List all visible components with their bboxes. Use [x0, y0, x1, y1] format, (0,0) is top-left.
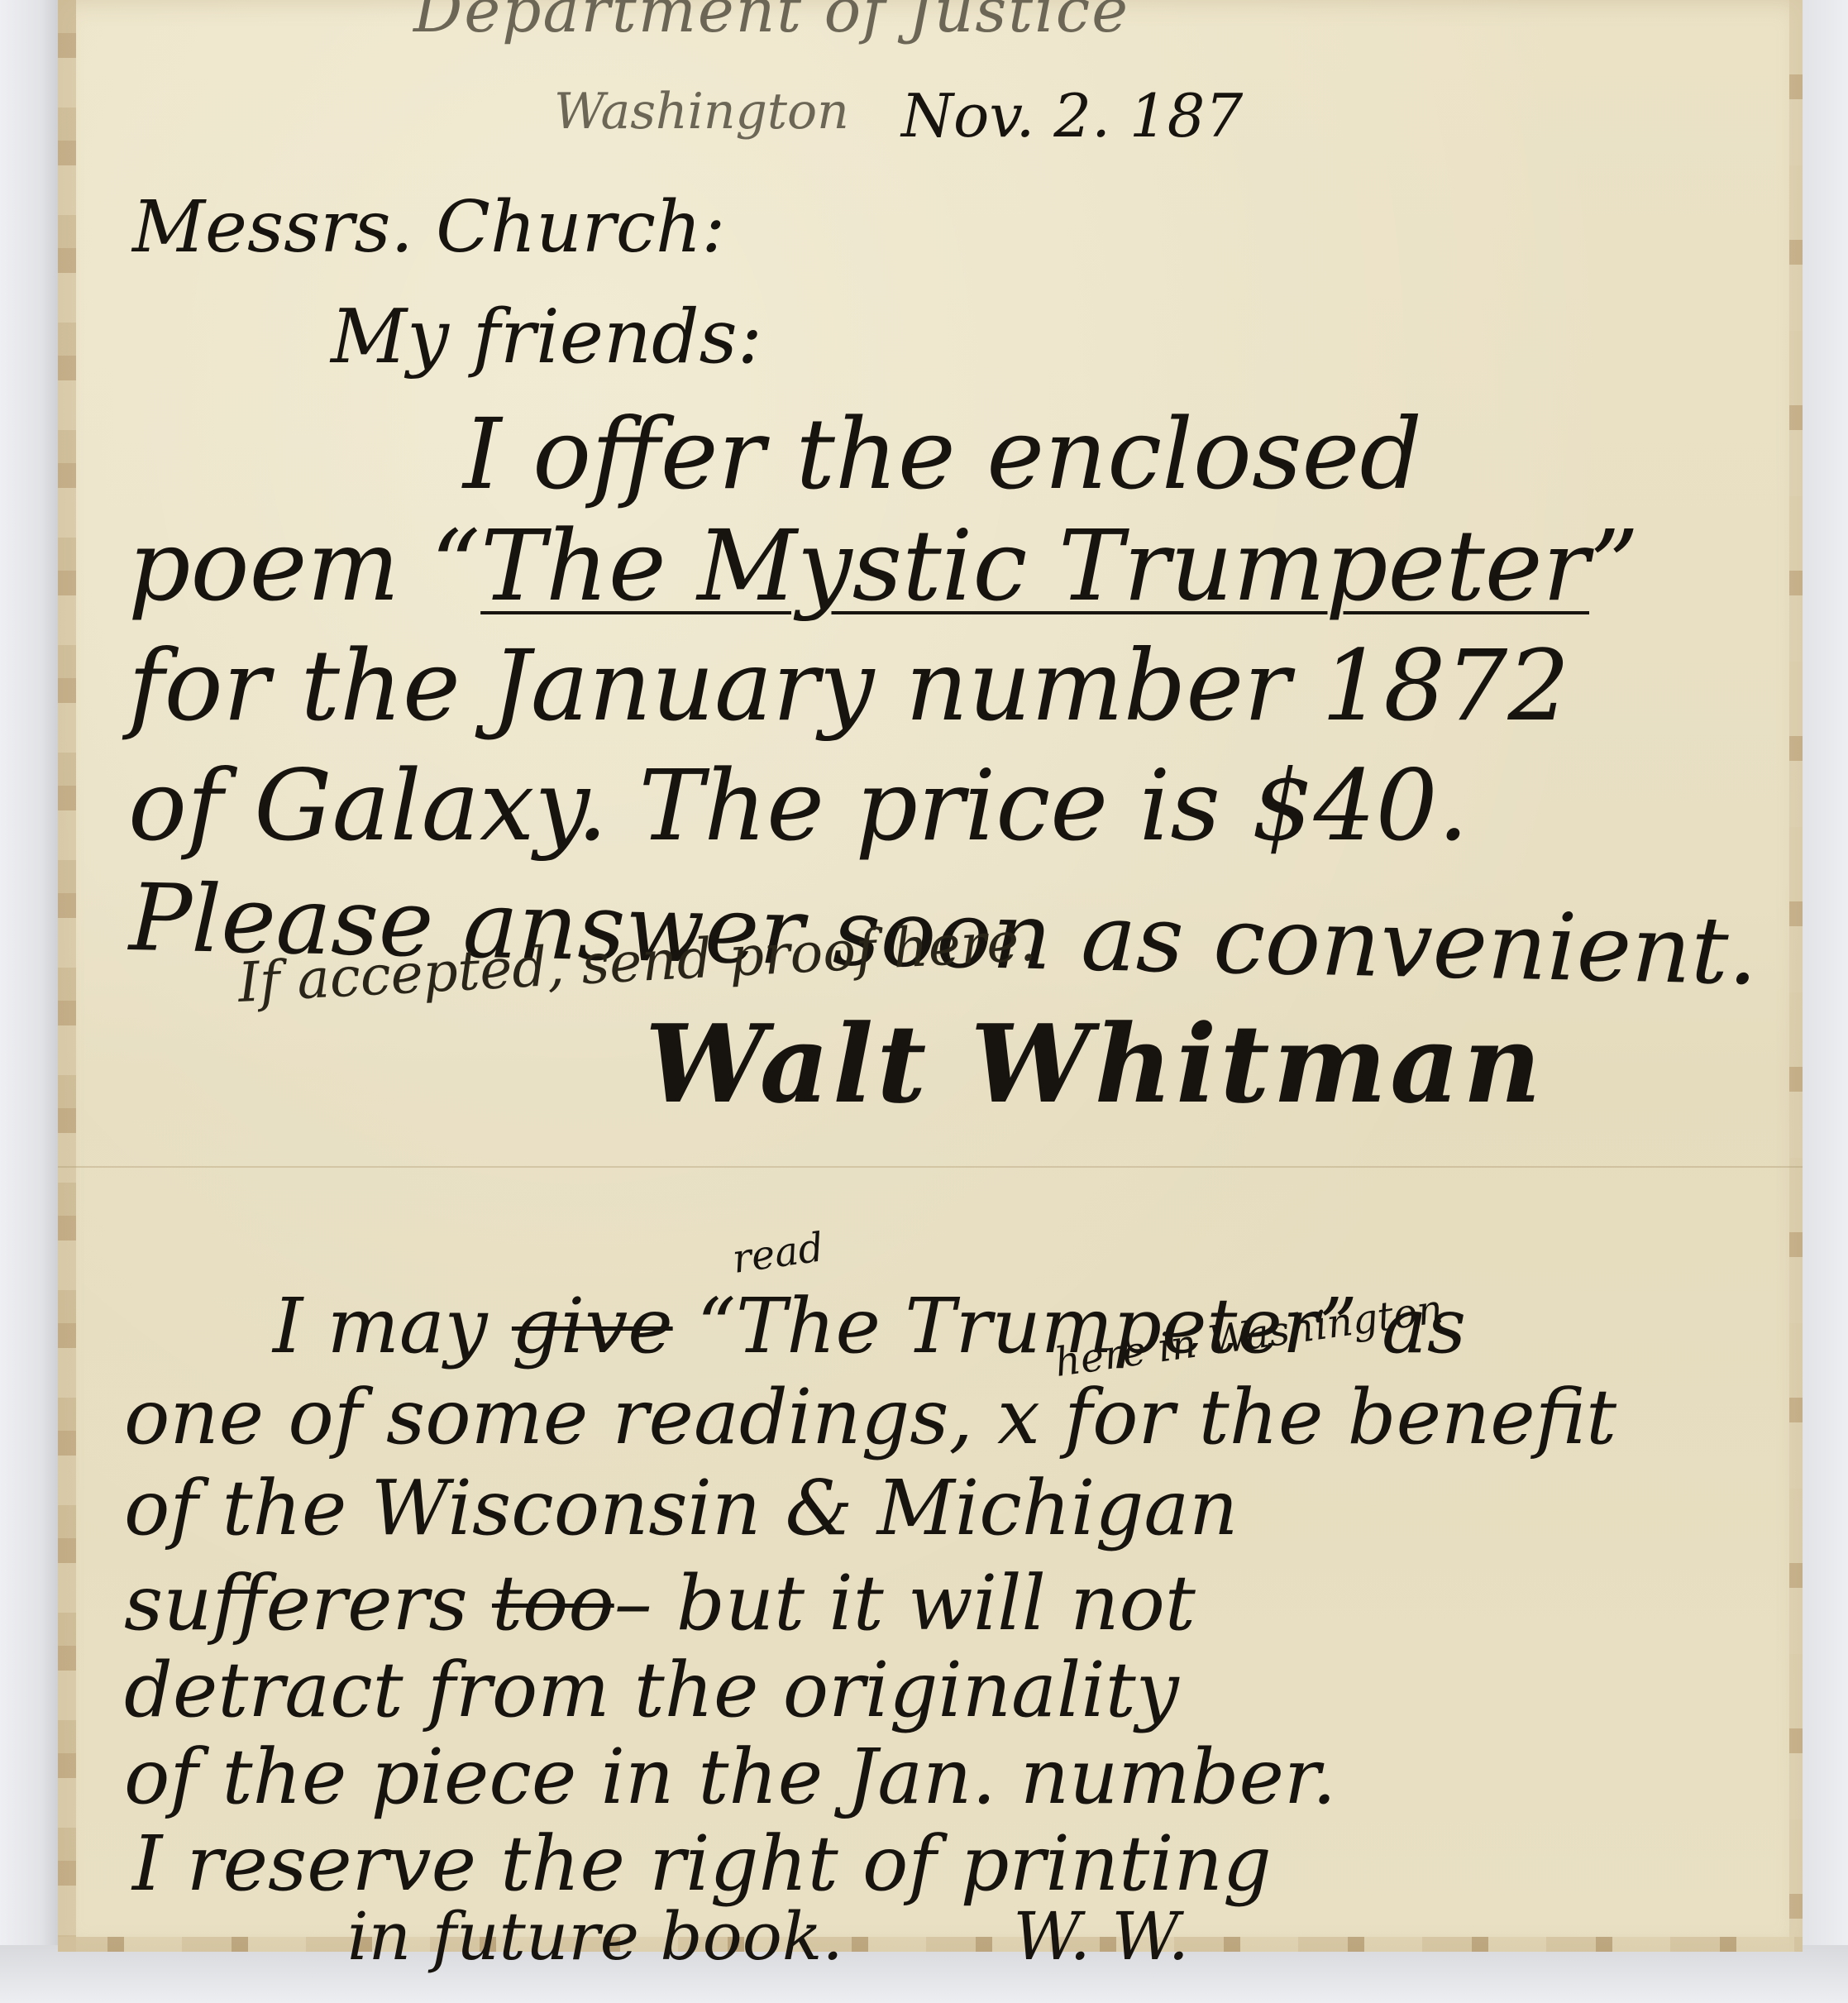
letter-date: Nov. 2. 187	[901, 81, 1243, 151]
worn-right-edge	[1789, 0, 1803, 1952]
postscript-line-3: of the Wisconsin & Michigan	[124, 1464, 1238, 1552]
ps-line-4-before: sufferers	[124, 1559, 468, 1647]
letterhead-department: Department of Justice	[413, 0, 1129, 46]
ps-line-1-before: I may	[273, 1282, 488, 1370]
ps-line-4-after: – but it will not	[614, 1559, 1196, 1647]
ps-line-8-text: in future book.	[347, 1898, 843, 1975]
body-line-2-suffix: ”	[1589, 509, 1639, 623]
salutation: Messrs. Church:	[132, 186, 725, 269]
signature: Walt Whitman	[645, 1001, 1545, 1127]
worn-left-edge	[58, 0, 76, 1952]
body-line-3: for the January number 1872	[128, 629, 1569, 743]
paper-fold-line	[58, 1166, 1803, 1168]
postscript-line-7: I reserve the right of printing	[132, 1819, 1272, 1908]
body-line-4: of Galaxy. The price is $40.	[128, 748, 1468, 863]
poem-title: The Mystic Trumpeter	[480, 509, 1589, 623]
postscript-line-4: sufferers too– but it will not	[124, 1559, 1196, 1647]
postscript-line-5: detract from the originality	[124, 1646, 1179, 1734]
postscript-line-8: in future book. W. W.	[347, 1898, 1189, 1975]
postscript-line-2: one of some readings, x for the benefit	[124, 1373, 1616, 1461]
ps-struck-word-too: too	[492, 1559, 614, 1647]
body-line-2: poem “The Mystic Trumpeter”	[128, 509, 1639, 623]
greeting: My friends:	[331, 294, 762, 380]
body-line-1: I offer the enclosed	[463, 397, 1422, 511]
postscript-line-6: of the piece in the Jan. number.	[124, 1733, 1336, 1821]
body-line-2-prefix: poem “	[128, 509, 480, 623]
ps-struck-word-give: give	[512, 1282, 673, 1370]
letterhead-city: Washington	[554, 83, 849, 141]
frame-left-border	[0, 0, 58, 2003]
initials: W. W.	[1013, 1898, 1189, 1975]
